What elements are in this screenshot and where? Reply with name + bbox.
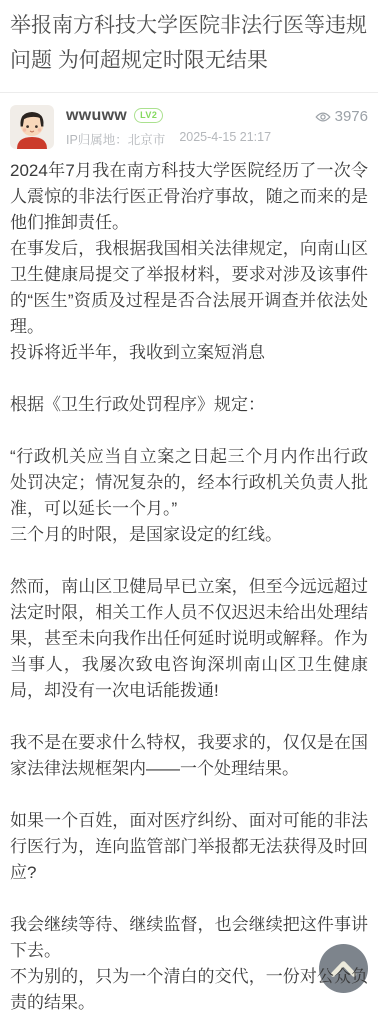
post-paragraph: 根据《卫生行政处罚程序》规定： (10, 392, 368, 418)
page-title: 举报南方科技大学医院非法行医等违规问题 为何超规定时限无结果 (10, 0, 368, 78)
eye-icon (315, 111, 331, 123)
post-date: 2025-4-15 21:17 (179, 130, 271, 148)
post-paragraph: 如果一个百姓，面对医疗纠纷、面对可能的非法行医行为，连向监管部门举报都无法获得及… (10, 808, 368, 886)
ip-location: IP归属地：北京市 (66, 130, 165, 148)
boy-cartoon-avatar-icon (10, 105, 54, 149)
author-row: wwuww LV2 IP归属地：北京市 2025-4-15 21:17 3976 (10, 93, 368, 149)
view-count: 3976 (315, 105, 368, 125)
post-body: 2024年7月我在南方科技大学医院经历了一次令人震惊的非法行医正骨治疗事故，随之… (10, 158, 368, 1016)
post-content: 举报南方科技大学医院非法行医等违规问题 为何超规定时限无结果 (0, 0, 378, 1016)
author-name[interactable]: wwuww (66, 106, 127, 125)
post-paragraph: 然而，南山区卫健局早已立案，但至今远远超过法定时限，相关工作人员不仅迟迟未给出处… (10, 574, 368, 704)
post-paragraph: “行政机关应当自立案之日起三个月内作出行政处罚决定；情况复杂的，经本行政机关负责… (10, 444, 368, 548)
avatar[interactable] (10, 105, 54, 149)
view-count-number: 3976 (335, 108, 368, 125)
level-badge: LV2 (134, 108, 163, 123)
post-paragraph: 我不是在要求什么特权，我要求的，仅仅是在国家法律法规框架内——一个处理结果。 (10, 730, 368, 782)
post-paragraph: 2024年7月我在南方科技大学医院经历了一次令人震惊的非法行医正骨治疗事故，随之… (10, 158, 368, 366)
post-paragraph: 我会继续等待、继续监督，也会继续把这件事讲下去。 不为别的，只为一个清白的交代，… (10, 912, 368, 1016)
post-page: 举报南方科技大学医院非法行医等违规问题 为何超规定时限无结果 (0, 0, 378, 1024)
author-info: wwuww LV2 IP归属地：北京市 2025-4-15 21:17 (66, 105, 315, 148)
